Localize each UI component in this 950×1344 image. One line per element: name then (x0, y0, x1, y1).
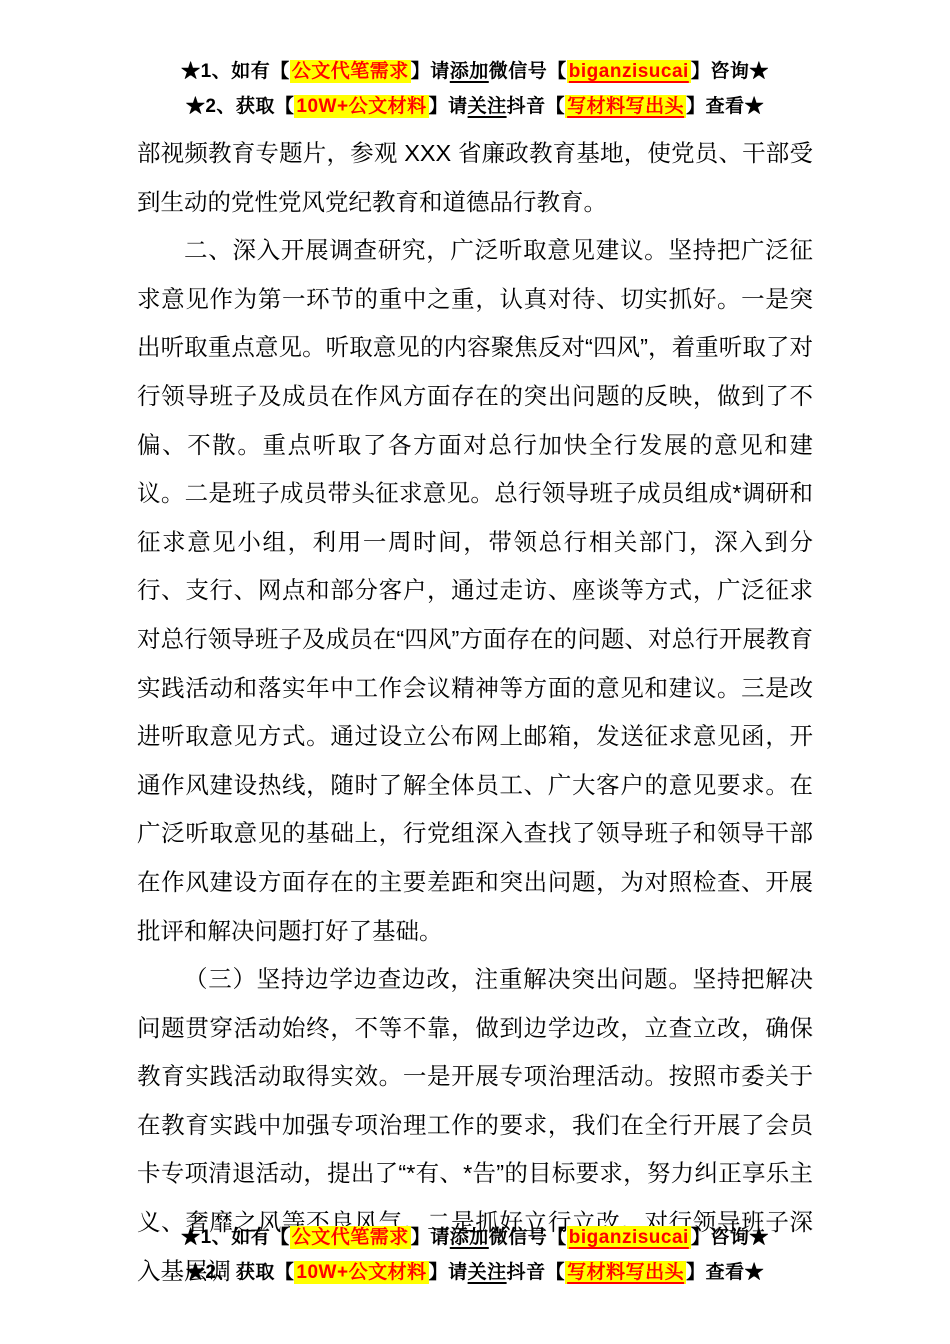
banner-underlined-add: 添加 (450, 1227, 489, 1248)
banner-text: ★2、获取【 (186, 1262, 295, 1283)
document-body: 部视频教育专题片，参观 XXX 省廉政教育基地，使党员、干部受到生动的党性党风党… (137, 129, 813, 1295)
banner-highlight-materials: 10W+公文材料 (294, 95, 428, 118)
banner-text: ★1、如有【 (181, 1227, 290, 1248)
banner-highlight-materials: 10W+公文材料 (294, 1261, 428, 1284)
banner-text: 】查看★ (686, 96, 764, 117)
header-banner-line-2: ★2、获取【10W+公文材料】请关注抖音【写材料写出头】查看★ (0, 89, 950, 124)
banner-text: 】请 (429, 1262, 468, 1283)
banner-underlined-follow: 关注 (468, 1262, 507, 1283)
banner-text: 抖音【 (507, 96, 566, 117)
footer-banner: ★1、如有【公文代笔需求】请添加微信号【biganzisucai】咨询★ ★2、… (0, 1220, 950, 1290)
banner-text: ★1、如有【 (181, 61, 290, 82)
banner-douyin-id: 写材料写出头 (565, 95, 686, 118)
header-banner-line-1: ★1、如有【公文代笔需求】请添加微信号【biganzisucai】咨询★ (0, 54, 950, 89)
banner-highlight-writing-service: 公文代笔需求 (290, 60, 411, 83)
header-banner: ★1、如有【公文代笔需求】请添加微信号【biganzisucai】咨询★ ★2、… (0, 0, 950, 124)
footer-banner-line-2: ★2、获取【10W+公文材料】请关注抖音【写材料写出头】查看★ (0, 1255, 950, 1290)
banner-text: 微信号【 (489, 61, 567, 82)
banner-text: ★2、获取【 (186, 96, 295, 117)
banner-text: 】查看★ (686, 1262, 764, 1283)
banner-wechat-id: biganzisucai (567, 60, 691, 83)
banner-text: 】请 (411, 1227, 450, 1248)
banner-text: 】咨询★ (691, 61, 769, 82)
banner-text: 】咨询★ (691, 1227, 769, 1248)
banner-wechat-id: biganzisucai (567, 1226, 691, 1249)
paragraph-continuation: 部视频教育专题片，参观 XXX 省廉政教育基地，使党员、干部受到生动的党性党风党… (137, 129, 813, 226)
banner-text: 】请 (411, 61, 450, 82)
document-page: ★1、如有【公文代笔需求】请添加微信号【biganzisucai】咨询★ ★2、… (0, 0, 950, 1344)
banner-text: 】请 (429, 96, 468, 117)
banner-underlined-add: 添加 (450, 61, 489, 82)
banner-text: 微信号【 (489, 1227, 567, 1248)
banner-underlined-follow: 关注 (468, 96, 507, 117)
footer-banner-line-1: ★1、如有【公文代笔需求】请添加微信号【biganzisucai】咨询★ (0, 1220, 950, 1255)
banner-douyin-id: 写材料写出头 (565, 1261, 686, 1284)
paragraph-section-2: 二、深入开展调查研究，广泛听取意见建议。坚持把广泛征求意见作为第一环节的重中之重… (137, 226, 813, 955)
banner-highlight-writing-service: 公文代笔需求 (290, 1226, 411, 1249)
banner-text: 抖音【 (507, 1262, 566, 1283)
